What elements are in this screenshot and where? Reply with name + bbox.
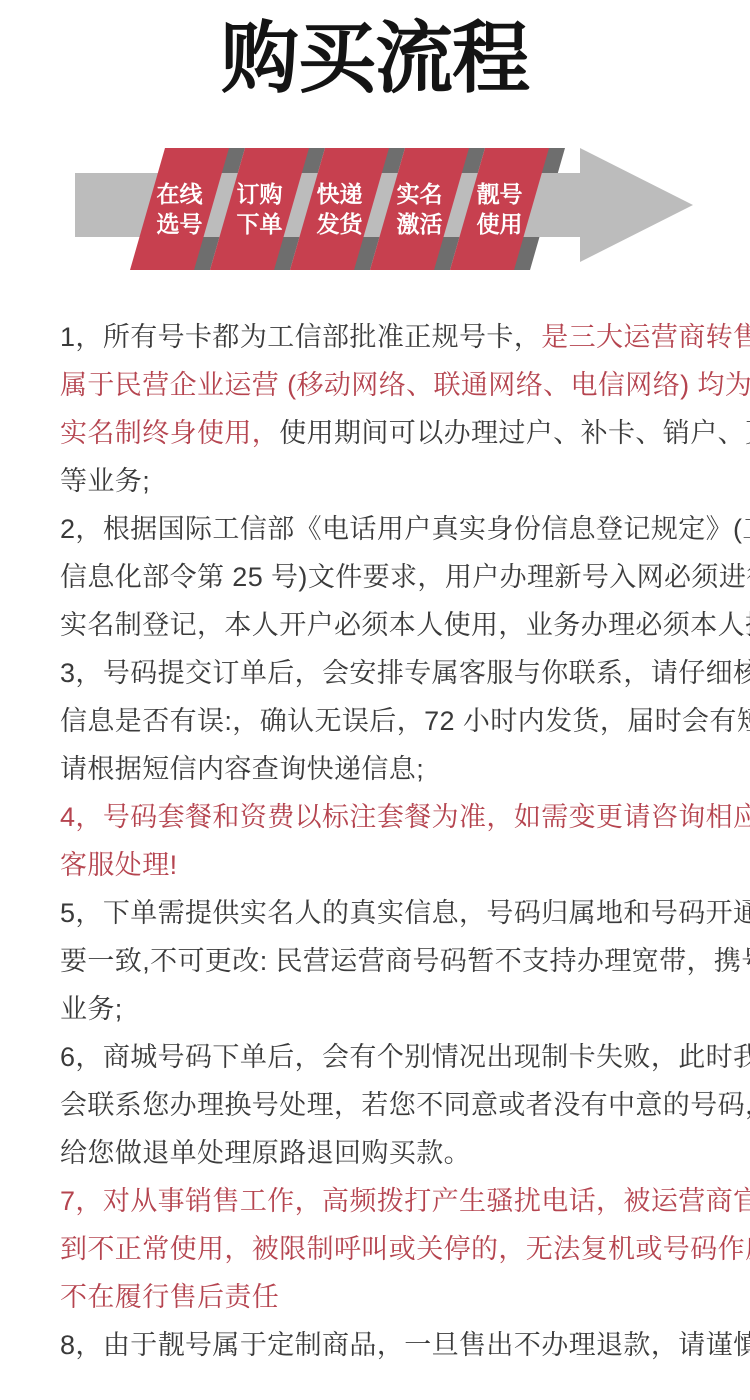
terms-line: 6，商城号码下单后，会有个别情况出现制卡失败，此时我方客服 <box>60 1033 750 1081</box>
terms-line: 实名制登记，本人开户必须本人使用，业务办理必须本人操作: <box>60 601 750 649</box>
flow-step-label: 靓号使用 <box>477 179 523 239</box>
terms-line: 要一致,不可更改: 民营运营商号码暂不支持办理宽带，携号转网等 <box>60 937 750 985</box>
flow-step-label: 在线选号 <box>157 179 203 239</box>
terms-segment: 会联系您办理换号处理，若您不同意或者没有中意的号码，订单会 <box>60 1090 750 1120</box>
flow-step-label: 实名激活 <box>397 179 443 239</box>
terms-segment: 请根据短信内容查询快递信息; <box>60 754 424 784</box>
terms-line: 2，根据国际工信部《电话用户真实身份信息登记规定》(工业和 <box>60 505 750 553</box>
terms-line: 客服处理! <box>60 841 750 889</box>
terms-line: 等业务; <box>60 457 750 505</box>
terms-segment: 等业务; <box>60 466 150 496</box>
terms-segment: 信息是否有误:，确认无误后，72 小时内发货，届时会有短信通知， <box>60 706 750 736</box>
terms-segment: 2，根据国际工信部《电话用户真实身份信息登记规定》(工业和 <box>60 514 750 544</box>
terms-segment: 实名制登记，本人开户必须本人使用，业务办理必须本人操作: <box>60 610 750 640</box>
terms-segment: 属于民营企业运营 (移动网络、联通网络、电信网络) 均为实卡， <box>60 370 750 400</box>
terms-line: 7，对从事销售工作，高频拨打产生骚扰电话，被运营商官方检测 <box>60 1177 750 1225</box>
terms-segment: 实名制终身使用， <box>60 418 279 448</box>
terms-segment: 7，对从事销售工作，高频拨打产生骚扰电话，被运营商官方检测 <box>60 1186 750 1216</box>
terms-line: 实名制终身使用，使用期间可以办理过户、补卡、销户、更改资费 <box>60 409 750 457</box>
terms-line: 5，下单需提供实名人的真实信息，号码归属地和号码开通的地区 <box>60 889 750 937</box>
terms-segment: 到不正常使用，被限制呼叫或关停的，无法复机或号码作废，我方 <box>60 1234 750 1264</box>
terms-segment: 4，号码套餐和资费以标注套餐为准，如需变更请咨询相应运营商 <box>60 802 750 832</box>
terms-line: 8，由于靓号属于定制商品，一旦售出不办理退款，请谨慎购买! <box>60 1321 750 1369</box>
terms-segment: 是三大运营商转售业务， <box>541 322 750 352</box>
terms-line: 到不正常使用，被限制呼叫或关停的，无法复机或号码作废，我方 <box>60 1225 750 1273</box>
terms-line: 信息化部令第 25 号)文件要求，用户办理新号入网必须进行个人 <box>60 553 750 601</box>
terms-line: 3，号码提交订单后，会安排专属客服与你联系，请仔细核实个人 <box>60 649 750 697</box>
terms-segment: 不在履行售后责任 <box>60 1282 279 1312</box>
terms-segment: 3，号码提交订单后，会安排专属客服与你联系，请仔细核实个人 <box>60 658 750 688</box>
terms-segment: 给您做退单处理原路退回购买款。 <box>60 1138 471 1168</box>
terms-line: 给您做退单处理原路退回购买款。 <box>60 1129 750 1177</box>
terms-segment: 业务; <box>60 994 123 1024</box>
terms-line: 请根据短信内容查询快递信息; <box>60 745 750 793</box>
terms-line: 4，号码套餐和资费以标注套餐为准，如需变更请咨询相应运营商 <box>60 793 750 841</box>
terms-line: 不在履行售后责任 <box>60 1273 750 1321</box>
terms-segment: 使用期间可以办理过户、补卡、销户、更改资费 <box>279 418 750 448</box>
flow-step-label: 快递发货 <box>317 179 363 239</box>
terms-segment: 客服处理! <box>60 850 178 880</box>
terms-line: 1，所有号卡都为工信部批准正规号卡，是三大运营商转售业务， <box>60 313 750 361</box>
terms-line: 业务; <box>60 985 750 1033</box>
terms-segment: 1，所有号卡都为工信部批准正规号卡， <box>60 322 541 352</box>
terms-segment: 要一致,不可更改: 民营运营商号码暂不支持办理宽带，携号转网等 <box>60 946 750 976</box>
page-title: 购买流程 <box>0 6 750 111</box>
terms-segment: 6，商城号码下单后，会有个别情况出现制卡失败，此时我方客服 <box>60 1042 750 1072</box>
purchase-flow-diagram: 在线选号订购下单快递发货实名激活靓号使用 <box>0 148 750 272</box>
terms-line: 会联系您办理换号处理，若您不同意或者没有中意的号码，订单会 <box>60 1081 750 1129</box>
terms-segment: 8，由于靓号属于定制商品，一旦售出不办理退款，请谨慎购买! <box>60 1330 750 1360</box>
terms: 1，所有号卡都为工信部批准正规号卡，是三大运营商转售业务，属于民营企业运营 (移… <box>60 313 750 1369</box>
terms-line: 属于民营企业运营 (移动网络、联通网络、电信网络) 均为实卡， <box>60 361 750 409</box>
terms-line: 信息是否有误:，确认无误后，72 小时内发货，届时会有短信通知， <box>60 697 750 745</box>
terms-segment: 信息化部令第 25 号)文件要求，用户办理新号入网必须进行个人 <box>60 562 750 592</box>
terms-segment: 5，下单需提供实名人的真实信息，号码归属地和号码开通的地区 <box>60 898 750 928</box>
flow-step-label: 订购下单 <box>237 179 283 239</box>
